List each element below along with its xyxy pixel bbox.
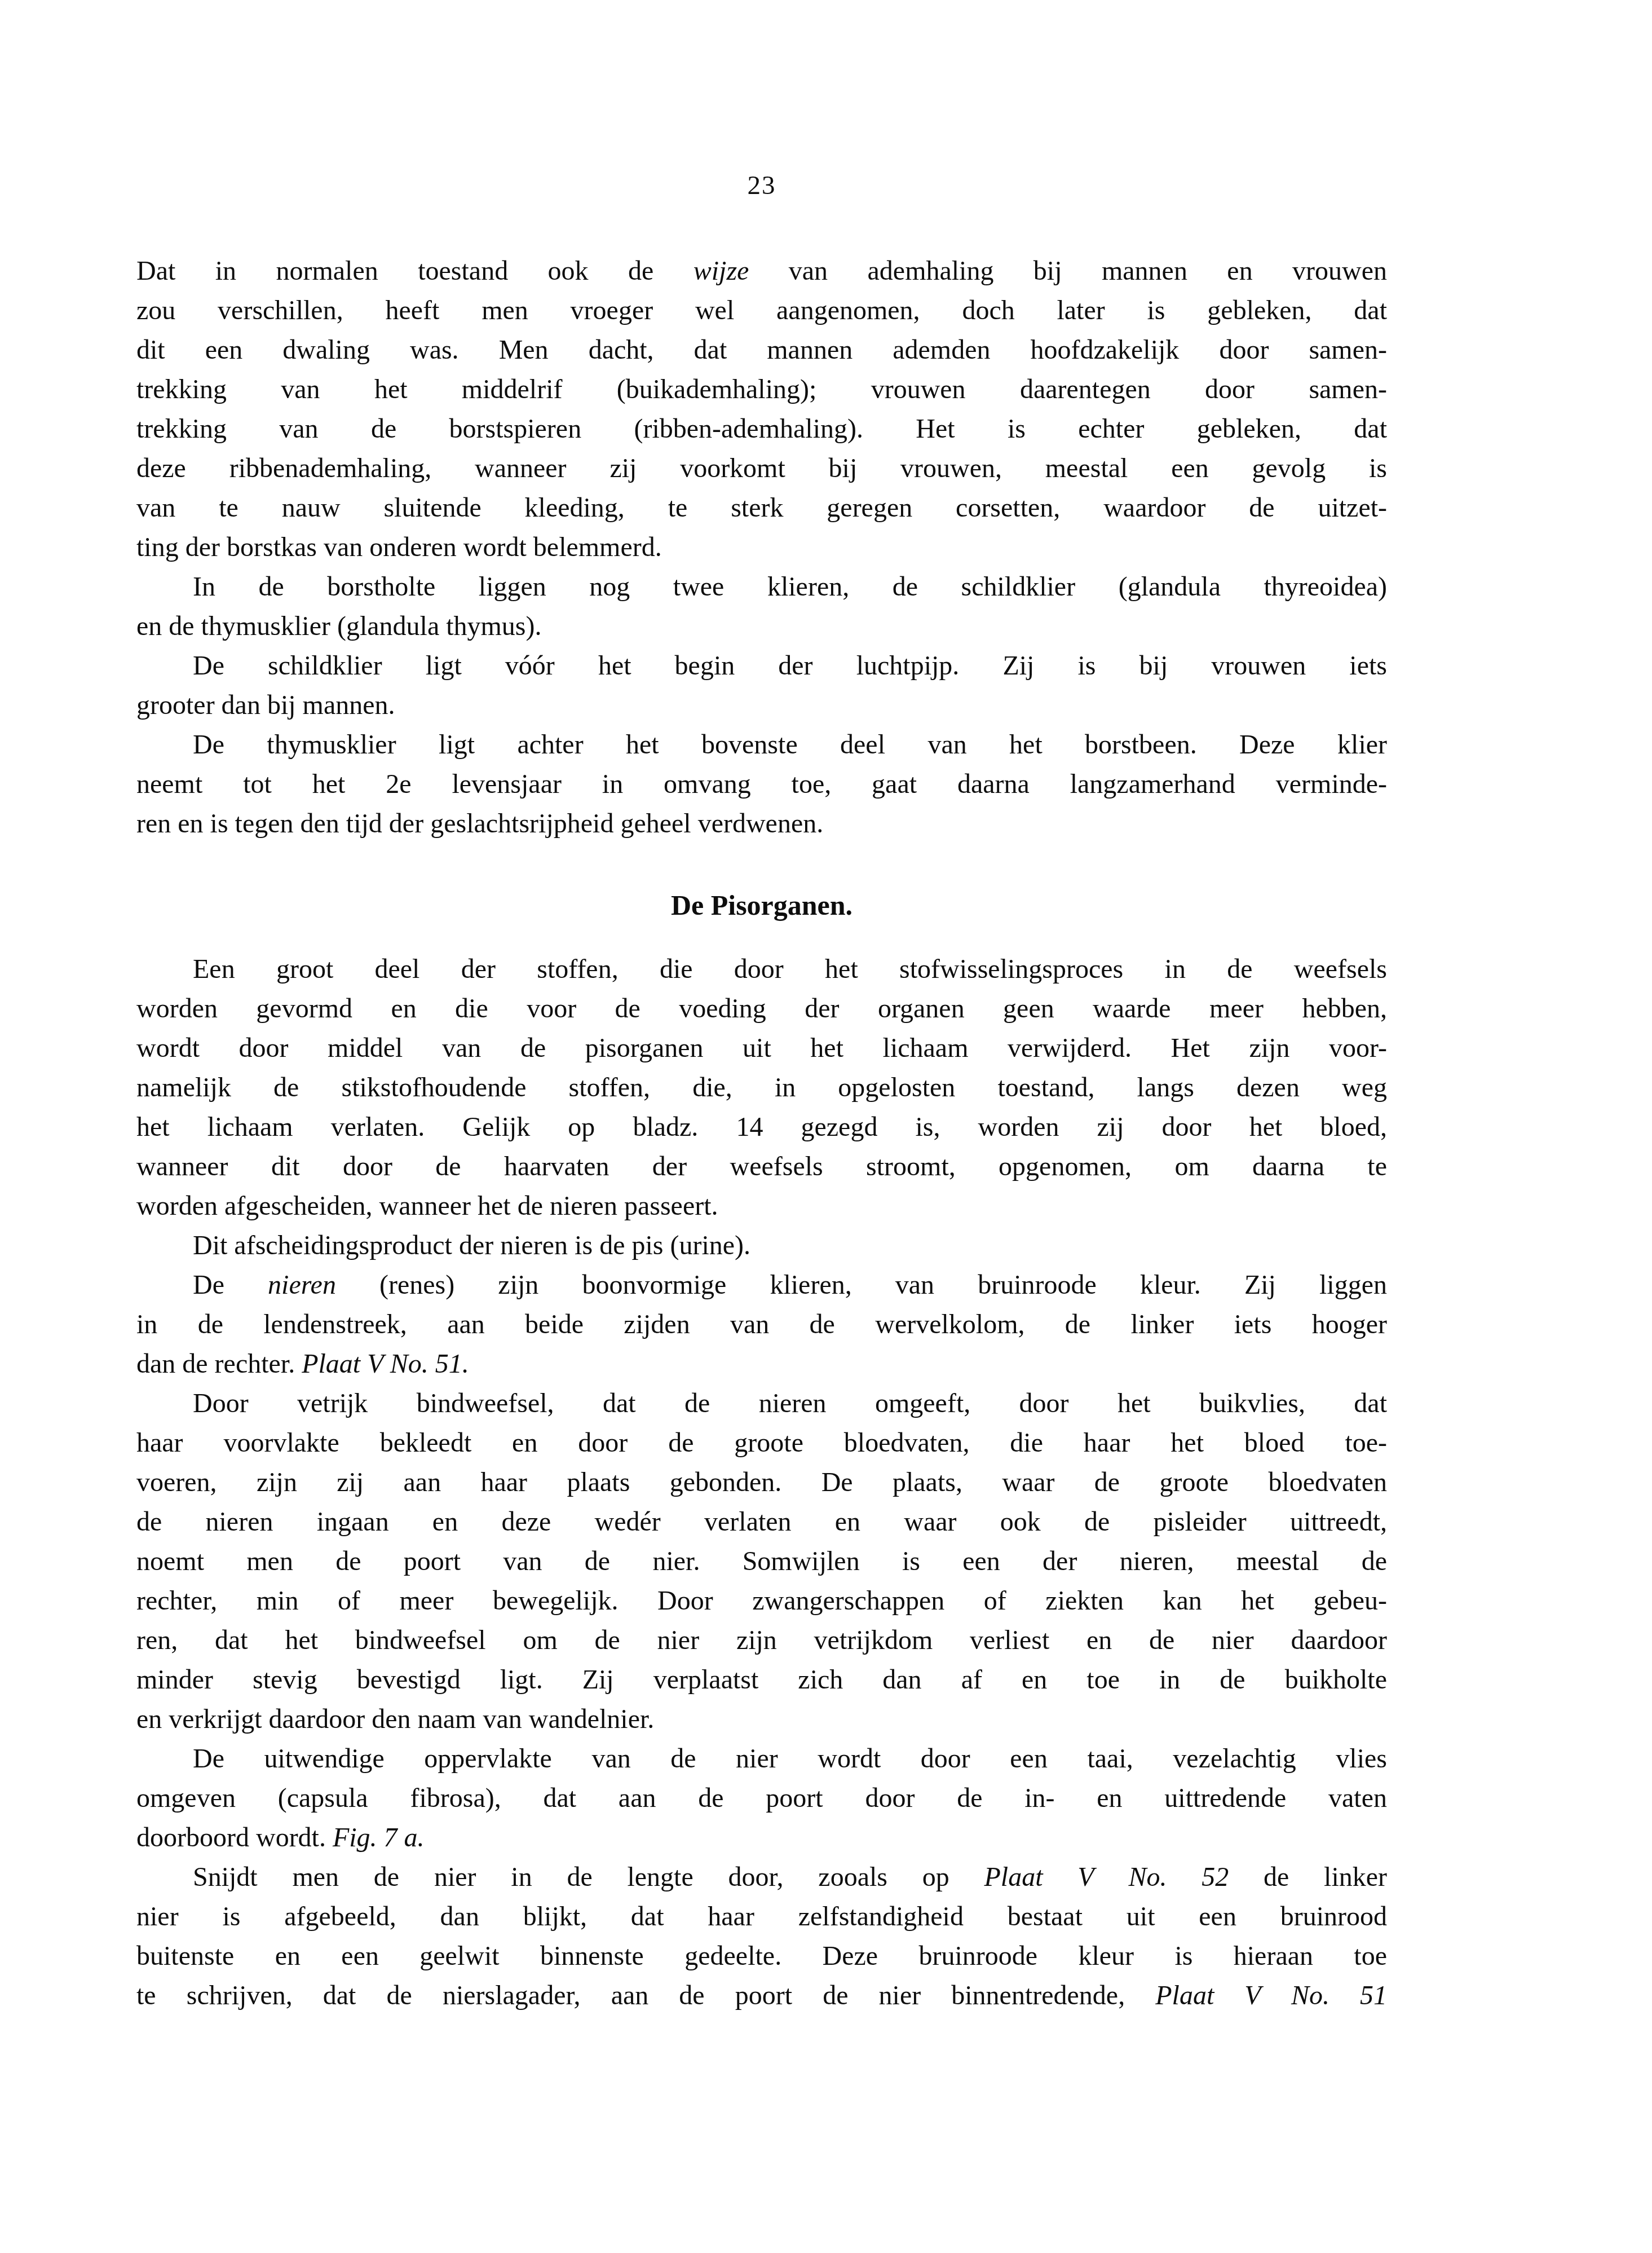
text-line: het lichaam verlaten. Gelijk op bladz. 1… bbox=[136, 1108, 1387, 1147]
text-line: worden gevormd en die voor de voeding de… bbox=[136, 989, 1387, 1029]
text-line: ting der borstkas van onderen wordt bele… bbox=[136, 528, 1387, 567]
text-line: namelijk de stikstofhoudende stoffen, di… bbox=[136, 1068, 1387, 1108]
text-line: neemt tot het 2e levensjaar in omvang to… bbox=[136, 765, 1387, 804]
text-line: Dat in normalen toestand ook de wijze va… bbox=[136, 252, 1387, 291]
text-line: zou verschillen, heeft men vroeger wel a… bbox=[136, 291, 1387, 330]
paragraph: De schildklier ligt vóór het begin der l… bbox=[136, 646, 1387, 725]
paragraph: Een groot deel der stoffen, die door het… bbox=[136, 950, 1387, 1226]
text-line: Een groot deel der stoffen, die door het… bbox=[136, 950, 1387, 989]
text-line: De schildklier ligt vóór het begin der l… bbox=[136, 646, 1387, 686]
text-line: doorboord wordt. Fig. 7 a. bbox=[136, 1818, 1387, 1858]
paragraph: In de borstholte liggen nog twee klieren… bbox=[136, 567, 1387, 646]
paragraph: De nieren (renes) zijn boonvormige klier… bbox=[136, 1266, 1387, 1384]
text-line: deze ribbenademhaling, wanneer zij voork… bbox=[136, 449, 1387, 488]
text-line: haar voorvlakte bekleedt en door de groo… bbox=[136, 1423, 1387, 1463]
paragraph: Snijdt men de nier in de lengte door, zo… bbox=[136, 1858, 1387, 2016]
text-line: rechter, min of meer bewegelijk. Door zw… bbox=[136, 1581, 1387, 1621]
paragraph: De thymusklier ligt achter het bovenste … bbox=[136, 725, 1387, 844]
text-line: van te nauw sluitende kleeding, te sterk… bbox=[136, 488, 1387, 528]
text-line: dan de rechter. Plaat V No. 51. bbox=[136, 1344, 1387, 1384]
scanned-book-page: 23 Dat in normalen toestand ook de wijze… bbox=[0, 0, 1652, 2253]
text-line: in de lendenstreek, aan beide zijden van… bbox=[136, 1305, 1387, 1344]
text-line: De thymusklier ligt achter het bovenste … bbox=[136, 725, 1387, 765]
paragraph: Dat in normalen toestand ook de wijze va… bbox=[136, 252, 1387, 567]
page-number: 23 bbox=[136, 168, 1387, 203]
paragraph: Dit afscheidingsproduct der nieren is de… bbox=[136, 1226, 1387, 1266]
text-line: Snijdt men de nier in de lengte door, zo… bbox=[136, 1858, 1387, 1897]
text-line: te schrijven, dat de nierslagader, aan d… bbox=[136, 1976, 1387, 2016]
section-heading: De Pisorganen. bbox=[136, 885, 1387, 925]
text-line: Door vetrijk bindweefsel, dat de nieren … bbox=[136, 1384, 1387, 1423]
text-line: omgeven (capsula fibrosa), dat aan de po… bbox=[136, 1779, 1387, 1818]
text-line: trekking van het middelrif (buikademhali… bbox=[136, 370, 1387, 409]
text-line: worden afgescheiden, wanneer het de nier… bbox=[136, 1187, 1387, 1226]
text-line: de nieren ingaan en deze wedér verlaten … bbox=[136, 1502, 1387, 1542]
paragraph: Door vetrijk bindweefsel, dat de nieren … bbox=[136, 1384, 1387, 1739]
text-line: en verkrijgt daardoor den naam van wande… bbox=[136, 1700, 1387, 1739]
paragraph: De uitwendige oppervlakte van de nier wo… bbox=[136, 1739, 1387, 1858]
text-line: wordt door middel van de pisorganen uit … bbox=[136, 1029, 1387, 1068]
text-line: trekking van de borstspieren (ribben-ade… bbox=[136, 409, 1387, 449]
text-line: nier is afgebeeld, dan blijkt, dat haar … bbox=[136, 1897, 1387, 1937]
text-line: wanneer dit door de haarvaten der weefse… bbox=[136, 1147, 1387, 1187]
text-line: noemt men de poort van de nier. Somwijle… bbox=[136, 1542, 1387, 1581]
text-block: 23 Dat in normalen toestand ook de wijze… bbox=[136, 168, 1387, 2016]
text-line: voeren, zijn zij aan haar plaats gebonde… bbox=[136, 1463, 1387, 1502]
text-line: In de borstholte liggen nog twee klieren… bbox=[136, 567, 1387, 607]
text-line: De uitwendige oppervlakte van de nier wo… bbox=[136, 1739, 1387, 1779]
text-line: ren, dat het bindweefsel om de nier zijn… bbox=[136, 1621, 1387, 1660]
text-line: buitenste en een geelwit binnenste gedee… bbox=[136, 1937, 1387, 1976]
text-line: en de thymusklier (glandula thymus). bbox=[136, 607, 1387, 646]
text-line: dit een dwaling was. Men dacht, dat mann… bbox=[136, 330, 1387, 370]
text-line: minder stevig bevestigd ligt. Zij verpla… bbox=[136, 1660, 1387, 1700]
text-line: De nieren (renes) zijn boonvormige klier… bbox=[136, 1266, 1387, 1305]
text-line: ren en is tegen den tijd der geslachtsri… bbox=[136, 804, 1387, 844]
text-line: Dit afscheidingsproduct der nieren is de… bbox=[136, 1226, 1387, 1266]
body-text: Dat in normalen toestand ook de wijze va… bbox=[136, 252, 1387, 2016]
text-line: grooter dan bij mannen. bbox=[136, 686, 1387, 725]
